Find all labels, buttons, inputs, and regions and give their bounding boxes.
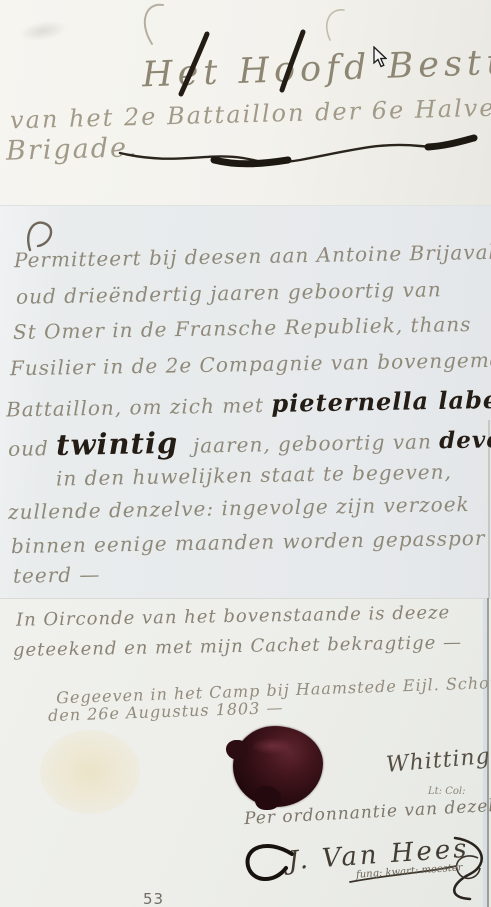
page-number: 53	[143, 890, 164, 907]
scanned-manuscript-page: Het Hoofd Bestuur van het 2e Battaillon …	[0, 0, 491, 907]
arrow-pointer-icon	[373, 46, 387, 68]
signature-commander-rank: Lt: Col:	[428, 786, 465, 797]
line-text: oud	[8, 436, 49, 461]
inserted-birthplace: deventer	[439, 425, 491, 454]
inserted-age: twintig	[56, 426, 179, 462]
wax-seal-highlight	[252, 738, 292, 754]
line-text: Battaillon, om zich met	[6, 393, 264, 421]
faded-seal-stain	[40, 730, 140, 814]
line-text: jaaren, geboortig van	[193, 429, 432, 457]
manuscript-line: teerd —	[13, 562, 101, 588]
inserted-name-bride: pieternella labee,	[271, 384, 491, 417]
header-line-3: Brigade.	[6, 132, 139, 166]
